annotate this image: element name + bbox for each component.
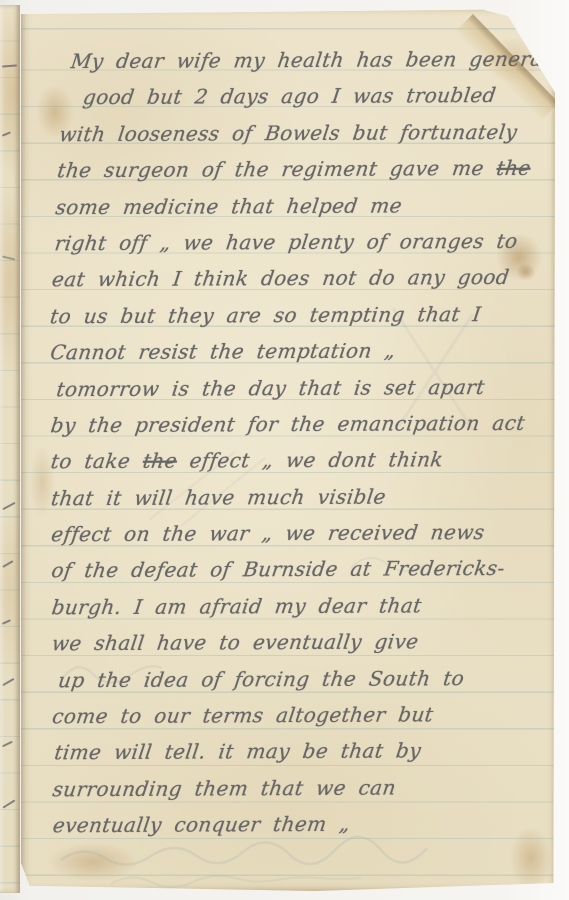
letter-line: come to our terms altogether but [50, 696, 543, 735]
ink-fragment [2, 619, 11, 625]
letter-line: good but 2 days ago I was troubled [81, 77, 540, 116]
scanned-letter: My dear wife my health has been generall… [0, 0, 569, 900]
letter-line: with looseness of Bowels but fortunately [57, 113, 540, 152]
letter-line: right off „ we have plenty of oranges to [52, 223, 540, 262]
ink-fragment [2, 255, 15, 260]
letter-line: eventually conquer them „ [51, 805, 544, 844]
line-pre: Cannot resist the temptation „ [49, 339, 397, 365]
line-pre: by the president for the emancipation ac… [49, 411, 526, 437]
line-pre: right off „ we have plenty of oranges to [53, 229, 519, 255]
line-pre: to take [50, 449, 145, 473]
letter-line: My dear wife my health has been generall… [69, 41, 540, 80]
letter-line: time will tell. it may be that by [52, 732, 543, 771]
line-pre: that it will have much visible [50, 484, 388, 510]
letter-line: eat which I think does not do any good [50, 259, 541, 298]
adjacent-page-edge [0, 5, 20, 893]
line-pre: My dear wife my health has been generall… [69, 47, 569, 74]
letter-line: the surgeon of the regiment gave me the [55, 150, 540, 189]
line-pre: eat which I think does not do any good [51, 265, 511, 291]
ink-fragment [2, 64, 17, 67]
line-pre: of the defeat of Burnside at Fredericks- [50, 556, 506, 582]
letter-line: up the idea of forcing the South to [56, 659, 543, 698]
line-pre: tomorrow is the day that is set apart [55, 375, 486, 401]
line-pre: to us but they are so tempting that I [49, 302, 483, 328]
line-pre: good but 2 days ago I was troubled [82, 83, 498, 109]
letter-line: we shall have to eventually give [50, 623, 543, 662]
line-pre: we shall have to eventually give [50, 630, 420, 656]
ink-fragment [2, 799, 15, 808]
line-pre: burgh. I am afraid my dear that [50, 593, 423, 619]
ink-fragment [2, 560, 14, 568]
letter-line: surrounding them that we can [50, 769, 543, 808]
line-pre: up the idea of forcing the South to [57, 666, 466, 692]
letter-line: to take the effect „ we dont think [49, 441, 542, 480]
ink-fragment [2, 131, 11, 137]
ink-fragment [2, 741, 13, 748]
line-pre: surrounding them that we can [51, 775, 397, 801]
ink-fragment [2, 678, 14, 687]
letter-line: tomorrow is the day that is set apart [54, 368, 541, 407]
letter-line: Cannot resist the temptation „ [48, 332, 541, 371]
ink-fragment [2, 502, 15, 511]
line-pre: effect on the war „ we received news [50, 520, 486, 546]
line-post: effect „ we dont think [175, 448, 444, 473]
line-pre: the surgeon of the regiment gave me [56, 156, 498, 182]
letter-page: My dear wife my health has been generall… [21, 8, 555, 891]
line-pre: some medicine that helped me [54, 193, 404, 219]
letter-line: burgh. I am afraid my dear that [49, 587, 542, 626]
letter-line: that it will have much visible [49, 477, 542, 516]
line-pre: with looseness of Bowels but fortunately [58, 120, 519, 146]
line-pre: come to our terms altogether but [51, 702, 435, 728]
letter-body: My dear wife my health has been generall… [49, 41, 541, 844]
letter-line: effect on the war „ we received news [49, 514, 542, 553]
struck-word: the [495, 156, 532, 180]
struck-word: the [141, 449, 178, 473]
letter-line: by the president for the emancipation ac… [48, 405, 541, 444]
line-pre: eventually conquer them „ [51, 812, 351, 838]
letter-line: of the defeat of Burnside at Fredericks- [49, 550, 542, 589]
letter-line: to us but they are so tempting that I [48, 295, 541, 334]
line-pre: time will tell. it may be that by [53, 739, 423, 765]
letter-line: some medicine that helped me [53, 186, 540, 225]
